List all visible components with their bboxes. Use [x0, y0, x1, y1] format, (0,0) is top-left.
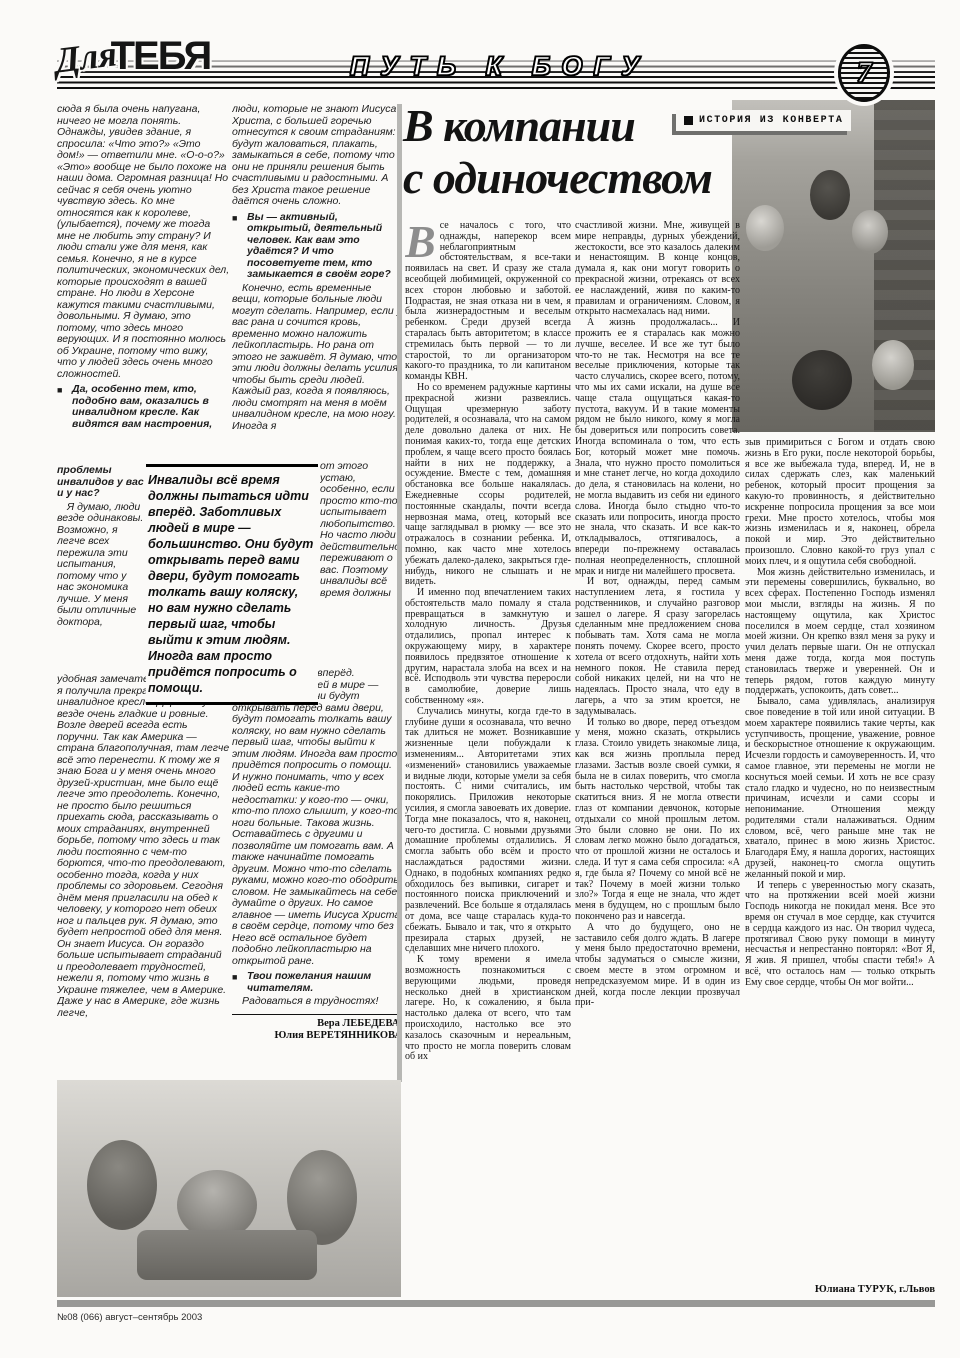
- story-col2: счастливой жизни. Мне, живущей в мире не…: [575, 221, 740, 1295]
- photo-figure: [872, 340, 914, 390]
- photo-figure: [746, 205, 784, 251]
- interview-answer: Я думаю, люди везде одинаковы. Возможно,…: [57, 502, 145, 629]
- kicker-bullet-icon: [684, 116, 693, 125]
- story-paragraph: Но со временем радужные картины прекрасн…: [405, 383, 571, 588]
- photo-figure: [87, 1140, 157, 1230]
- interview-col1-top: сюда я была очень напугана, ничего не мо…: [57, 104, 230, 458]
- story-paragraph: И только во дворе, перед отъездом у меня…: [575, 718, 740, 923]
- drop-cap: В: [405, 223, 436, 261]
- interview-question: ■Да, особенно тем, кто, подобно вам, ока…: [57, 384, 230, 430]
- story-col1: Все началось с того, что однажды, напере…: [405, 221, 571, 1293]
- interview-question-text: Вы — активный, открытый, деятельный чело…: [247, 211, 391, 281]
- headline-line: с одиночеством: [403, 152, 738, 204]
- interview-col2-top: люди, которые не знают Иисуса Христа, с …: [232, 104, 402, 458]
- kicker-label: ИСТОРИЯ ИЗ КОНВЕРТА: [699, 110, 843, 131]
- footer-rule: [57, 1300, 935, 1307]
- interview-question-text: Да, особенно тем, кто, подобно вам, оказ…: [72, 383, 212, 430]
- interview-answer: Конечно, есть временные вещи, которые бо…: [232, 283, 402, 433]
- story-paragraph: Моя жизнь действительно изменилась, и эт…: [745, 568, 935, 698]
- interview-answer: пытаться идти вперёд. Заботливых людей в…: [232, 668, 402, 967]
- newspaper-logo: ДляТЕБЯ: [55, 36, 210, 76]
- byline-name: Вера ЛЕБЕДЕВА,: [232, 1018, 402, 1030]
- logo-caps-word: ТЕБЯ: [111, 34, 211, 78]
- interview-answer: удобная замечательная больница, я получи…: [57, 674, 230, 1019]
- photo-table: [137, 1230, 317, 1280]
- interview-col1-narrow: проблемы инвалидов у вас и у нас? Я дума…: [57, 461, 145, 661]
- article-divider: [397, 104, 402, 1082]
- story-col3: зыв примириться с Богом и отдать свою жи…: [745, 438, 935, 1282]
- story-byline: Юлиана ТУРУК, г.Львов: [745, 1284, 935, 1296]
- interview-question: ■Вы — активный, открытый, деятельный чел…: [232, 212, 402, 281]
- bullet-square-icon: ■: [57, 385, 62, 397]
- story-paragraph: А что до будущего, оно не заставило себя…: [575, 923, 740, 1009]
- interview-question-cont: проблемы инвалидов у вас и у нас?: [57, 465, 145, 500]
- kicker-box: ИСТОРИЯ ИЗ КОНВЕРТА: [676, 110, 851, 131]
- story-paragraph: зыв примириться с Богом и отдать свою жи…: [745, 438, 935, 568]
- interview-answer: от этого устаю, особенно, если просто кт…: [320, 461, 402, 599]
- interview-paragraph: люди, которые не знают Иисуса Христа, с …: [232, 104, 402, 208]
- story-photo-camp-group: [732, 100, 935, 432]
- interview-question-text: Твои пожелания нашим читателям.: [247, 970, 371, 994]
- interview-col2-narrow: от этого устаю, особенно, если просто кт…: [320, 461, 402, 663]
- story-paragraph: И вот, однажды, перед самым наступлением…: [575, 577, 740, 717]
- story-paragraph: И теперь с уверенностью могу сказать, чт…: [745, 881, 935, 989]
- photo-figure: [810, 170, 850, 220]
- page-number-oval: 7: [838, 44, 890, 102]
- story-paragraph: Случались минуты, когда где-то в глубине…: [405, 707, 571, 955]
- story-paragraph: Бывало, сама удивлялась, анализируя свое…: [745, 697, 935, 881]
- interview-photo-wheelchair-meeting: [57, 1080, 401, 1297]
- interview-question: ■Твои пожелания нашим читателям.: [232, 971, 402, 994]
- page-number: 7: [857, 58, 872, 88]
- section-title: ПУТЬ К БОГУ: [280, 50, 720, 82]
- interview-paragraph: сюда я была очень напугана, ничего не мо…: [57, 104, 230, 380]
- story-paragraph: счастливой жизни. Мне, живущей в мире не…: [575, 221, 740, 318]
- bullet-square-icon: ■: [232, 213, 237, 225]
- issue-info: №08 (066) август–сентябрь 2003: [57, 1312, 202, 1323]
- logo-script-word: Для: [53, 35, 119, 78]
- story-paragraph: К тому времени я имела возможность позна…: [405, 955, 571, 1063]
- bullet-square-icon: ■: [232, 972, 237, 984]
- interview-col1-bottom: удобная замечательная больница, я получи…: [57, 674, 230, 1056]
- story-paragraph: Все началось с того, что однажды, напере…: [405, 221, 571, 383]
- interview-col2-bottom: пытаться идти вперёд. Заботливых людей в…: [232, 668, 402, 1010]
- photo-figure: [852, 210, 888, 254]
- newspaper-page: ДляТЕБЯ ПУТЬ К БОГУ 7 сюда я была очень …: [0, 0, 960, 1358]
- interview-byline: Вера ЛЕБЕДЕВА, Юлия ВЕРЕТЯННИКОВА: [232, 1014, 402, 1042]
- byline-name: Юлия ВЕРЕТЯННИКОВА: [232, 1030, 402, 1042]
- story-paragraph: И именно под впечатлением таких обстояте…: [405, 588, 571, 707]
- interview-answer: Радоваться в трудностях!: [232, 996, 402, 1008]
- story-paragraph: А жизнь продолжалась... И прожить ее я с…: [575, 318, 740, 577]
- photo-figure: [792, 350, 852, 410]
- pull-quote-box: Инвалиды всё время должны пытаться идти …: [146, 464, 318, 705]
